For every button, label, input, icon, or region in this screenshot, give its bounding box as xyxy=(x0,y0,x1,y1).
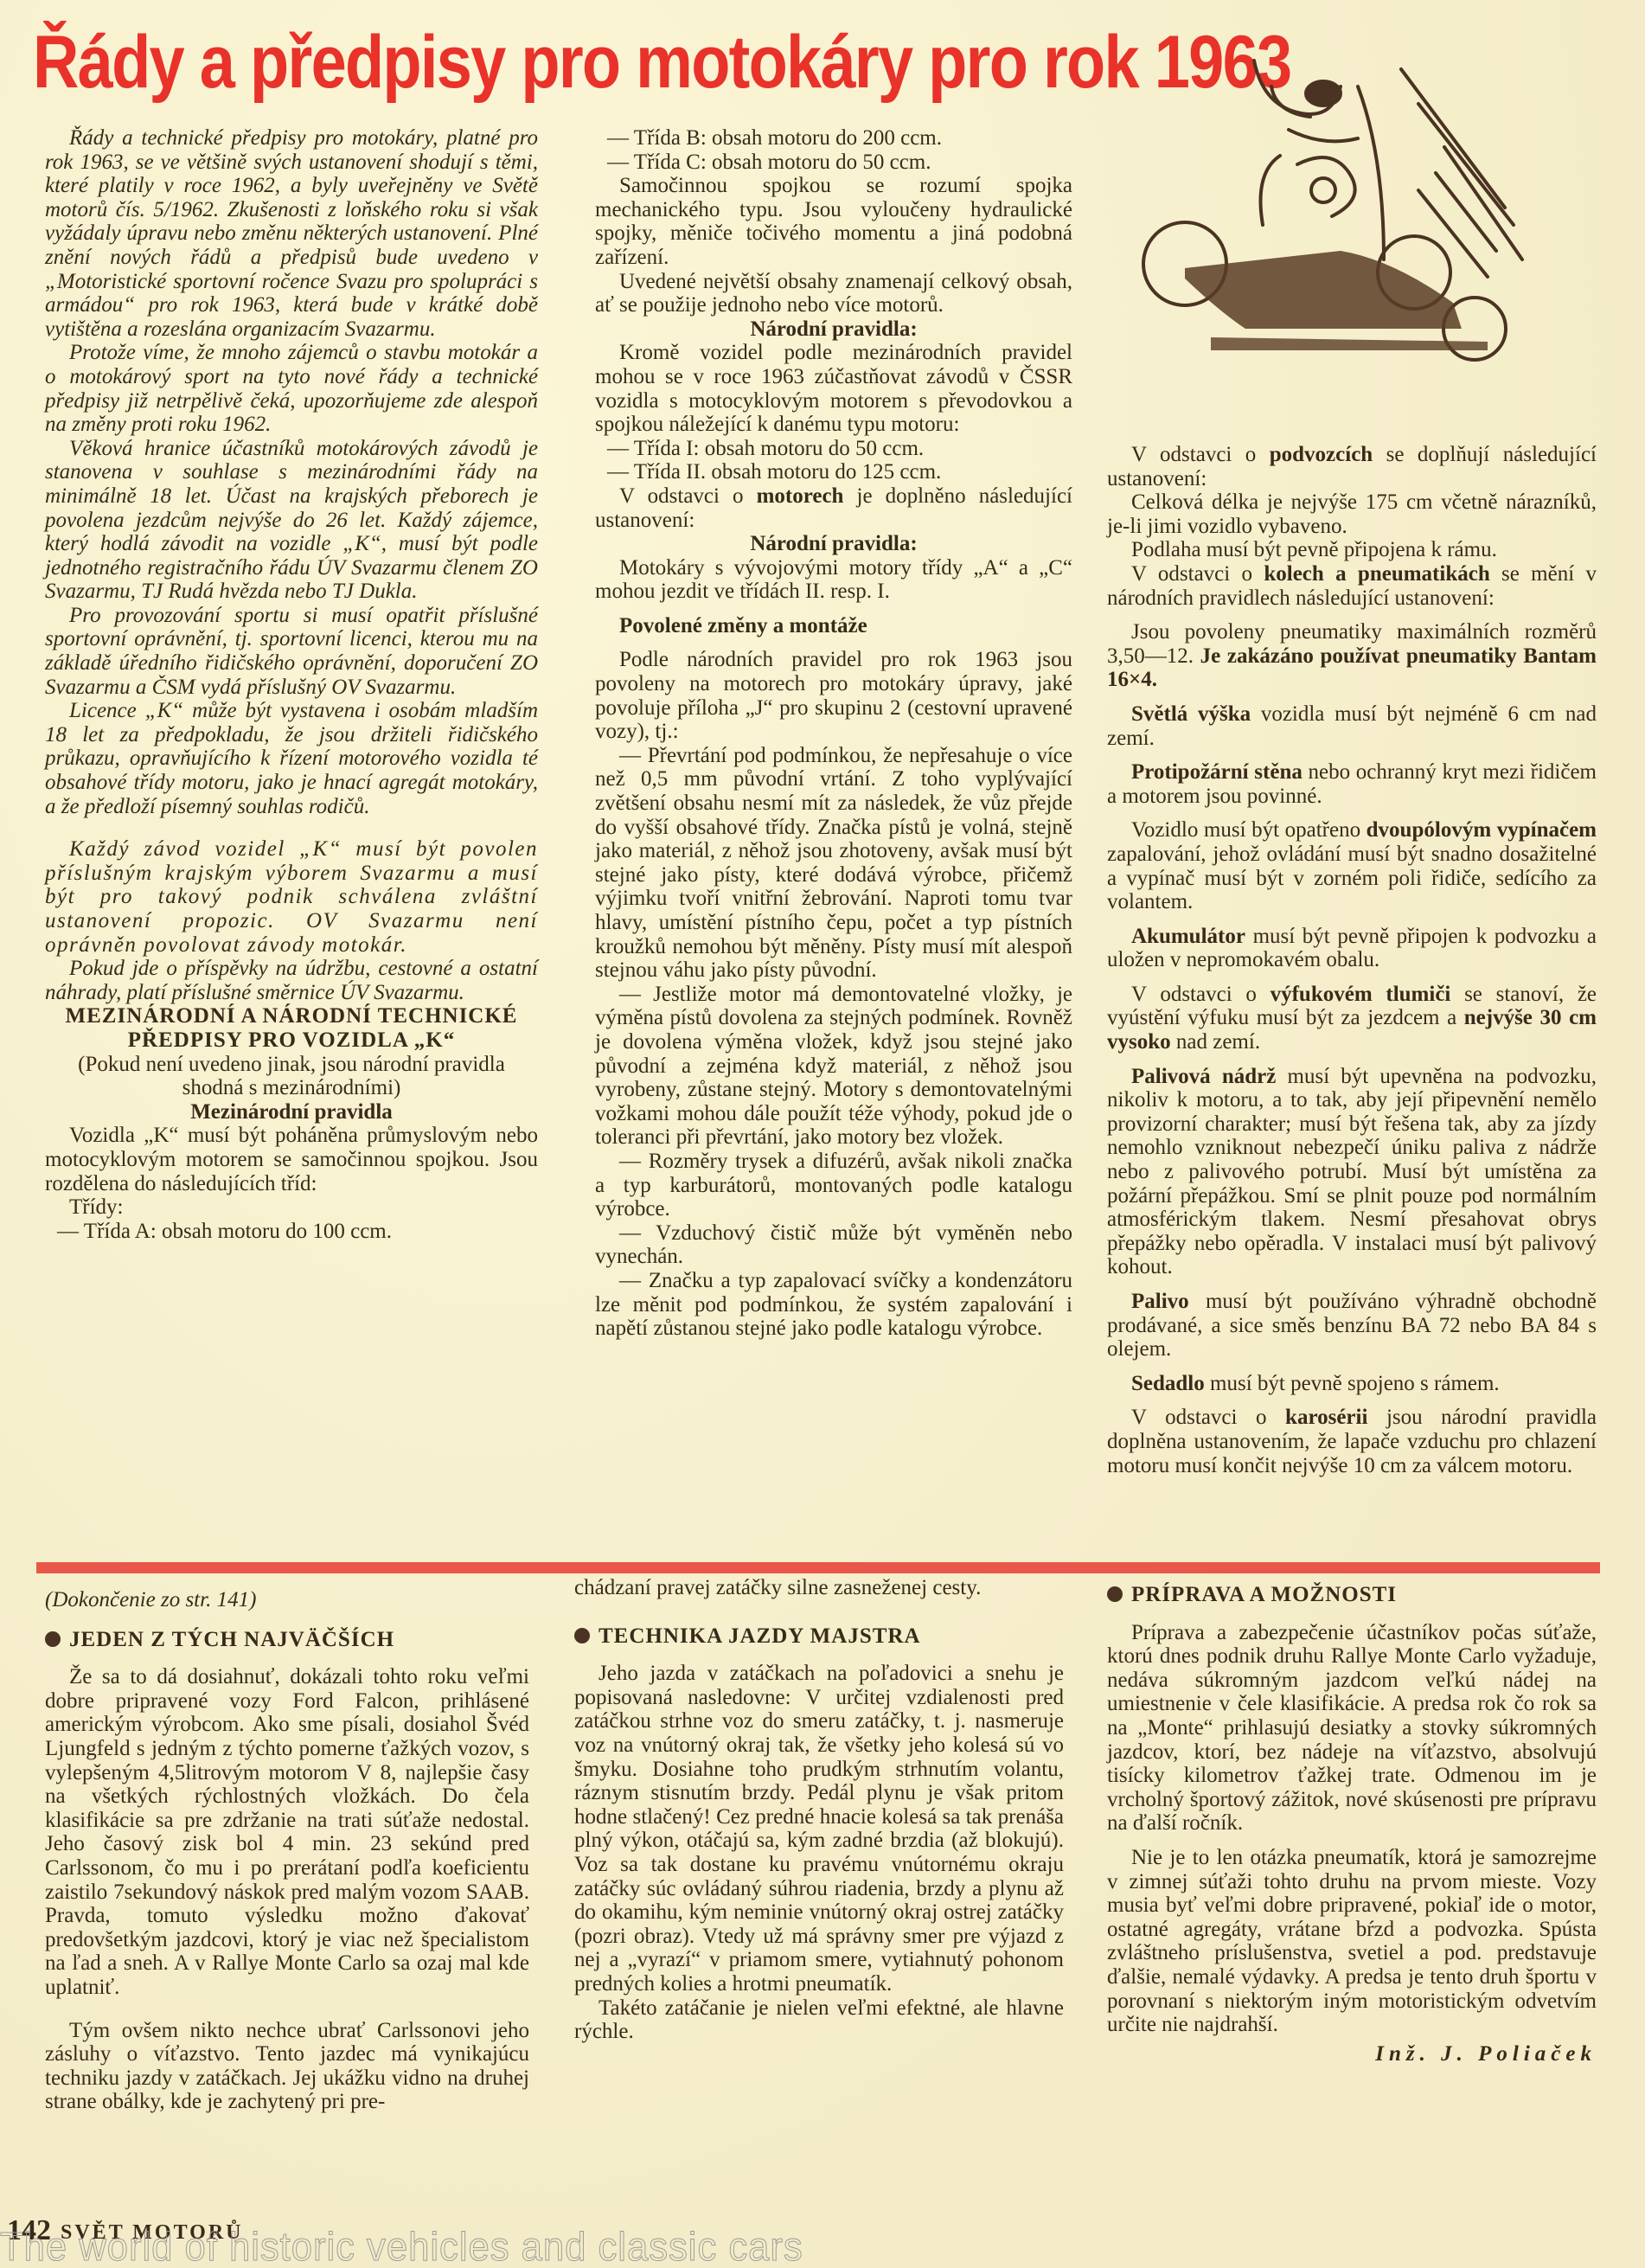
section-heading: MEZINÁRODNÍ A NÁRODNÍ TECHNICKÉ PŘEDPISY… xyxy=(45,1004,538,1052)
subheading: Národní pravidla: xyxy=(595,532,1072,556)
bullet-icon xyxy=(45,1631,61,1647)
paragraph: Motokáry s vývojovými motory třídy „A“ a… xyxy=(595,556,1072,604)
paragraph: Takéto zatáčanie je nielen veľmi efektné… xyxy=(574,1996,1064,2044)
section-heading: JEDEN Z TÝCH NAJVÄČŠÍCH xyxy=(45,1628,529,1652)
paragraph: Že sa to dá dosiahnuť, dokázali tohto ro… xyxy=(45,1665,529,1999)
bullet-icon xyxy=(574,1628,590,1643)
paragraph: Vozidlo musí být opatřeno dvoupólovým vy… xyxy=(1107,818,1597,913)
paragraph: V odstavci o motorech je doplněno násled… xyxy=(595,484,1072,532)
emphasis: Světlá výška xyxy=(1131,702,1251,726)
paragraph-spaced: Každý závod vozidel „K“ musí být povolen… xyxy=(45,837,538,957)
paragraph: Uvedené největší obsahy znamenají celkov… xyxy=(595,270,1072,317)
paragraph: Jeho jazda v zatáčkach na poľadovici a s… xyxy=(574,1662,1064,1996)
paragraph: V odstavci o výfukovém tlumiči se stanov… xyxy=(1107,983,1597,1054)
paragraph: Podlaha musí být pevně připojena k rámu. xyxy=(1107,538,1597,562)
paragraph: V odstavci o podvozcích se doplňují násl… xyxy=(1107,443,1597,490)
emphasis: Sedadlo xyxy=(1131,1372,1205,1395)
subheading-inline: Povolené změny a montáže xyxy=(595,614,1072,638)
paragraph: V odstavci o karosérii jsou národní prav… xyxy=(1107,1406,1597,1477)
author-signature: Inž. J. Poliaček xyxy=(1107,2042,1597,2066)
paragraph: Věková hranice účastníků motokárových zá… xyxy=(45,437,538,604)
paragraph: Řády a technické předpisy pro motokáry, … xyxy=(45,126,538,341)
text: V odstavci o xyxy=(1131,1406,1285,1429)
text: V odstavci o xyxy=(619,484,757,508)
paragraph: Tým ovšem nikto nechce ubrať Carlssonovi… xyxy=(45,2019,529,2114)
heading-text: TECHNIKA JAZDY MAJSTRA xyxy=(598,1624,921,1648)
paragraph: Světlá výška vozidla musí být nejméně 6 … xyxy=(1107,702,1597,750)
paragraph: Jsou povoleny pneumatiky maximálních roz… xyxy=(1107,620,1597,692)
class-item: — Třída II. obsah motoru do 125 ccm. xyxy=(595,460,1072,484)
emphasis: Protipožární stěna xyxy=(1131,760,1303,784)
heading-text: PRÍPRAVA A MOŽNOSTI xyxy=(1131,1583,1397,1606)
intro-italic-block: Řády a technické předpisy pro motokáry, … xyxy=(45,126,538,1004)
bottom-column-2: chádzaní pravej zatáčky silne zasneženej… xyxy=(574,1576,1064,2044)
subheading: Mezinárodní pravidla xyxy=(45,1100,538,1124)
emphasis: karosérii xyxy=(1285,1406,1367,1429)
paragraph: Podle národních pravidel pro rok 1963 js… xyxy=(595,648,1072,743)
paragraph: Príprava a zabezpečenie účastníkov počas… xyxy=(1107,1621,1597,1836)
watermark: The world of historic vehicles and class… xyxy=(0,2223,803,2268)
kart-driver-illustration xyxy=(1124,52,1609,398)
paragraph: — Jestliže motor má demontovatelné vložk… xyxy=(595,983,1072,1150)
emphasis: Palivová nádrž xyxy=(1131,1065,1276,1088)
paragraph: Palivová nádrž musí být upevněna na podv… xyxy=(1107,1065,1597,1279)
paragraph: chádzaní pravej zatáčky silne zasneženej… xyxy=(574,1576,1064,1600)
text: musí být upevněna na podvozku, nikoliv k… xyxy=(1107,1065,1597,1279)
class-item: — Třída A: obsah motoru do 100 ccm. xyxy=(45,1220,538,1244)
paragraph: Samočinnou spojkou se rozumí spojka mech… xyxy=(595,174,1072,269)
paragraph: Kromě vozidel podle mezinárodních pravid… xyxy=(595,341,1072,436)
emphasis: kolech a pneumatikách xyxy=(1264,562,1489,586)
section-divider-rule xyxy=(36,1562,1600,1573)
text: V odstavci o xyxy=(1131,562,1264,586)
heading-text: JEDEN Z TÝCH NAJVÄČŠÍCH xyxy=(69,1628,394,1651)
class-item: — Třída B: obsah motoru do 200 ccm. xyxy=(595,126,1072,151)
text: nad zemí. xyxy=(1171,1030,1260,1054)
text: musí být pevně spojeno s rámem. xyxy=(1205,1372,1500,1395)
text: V odstavci o xyxy=(1131,443,1270,466)
bottom-column-1: (Dokončenie zo str. 141) JEDEN Z TÝCH NA… xyxy=(45,1588,529,2114)
paragraph: Vozidla „K“ musí být poháněna průmyslový… xyxy=(45,1124,538,1195)
paragraph: — Převrtání pod podmínkou, že nepřesahuj… xyxy=(595,744,1072,983)
class-item: — Třída C: obsah motoru do 50 ccm. xyxy=(595,151,1072,175)
section-note: (Pokud není uvedeno jinak, jsou národní … xyxy=(45,1053,538,1100)
paragraph: V odstavci o kolech a pneumatikách se mě… xyxy=(1107,562,1597,610)
text: Vozidlo musí být opatřeno xyxy=(1131,818,1367,842)
section-heading: TECHNIKA JAZDY MAJSTRA xyxy=(574,1624,1064,1649)
bullet-icon xyxy=(1107,1586,1123,1602)
paragraph: Palivo musí být používáno výhradně obcho… xyxy=(1107,1290,1597,1361)
text: zapalování, jehož ovládání musí být snad… xyxy=(1107,842,1597,913)
emphasis: dvoupólovým vypínačem xyxy=(1367,818,1597,842)
emphasis: Palivo xyxy=(1131,1290,1189,1313)
emphasis: výfukovém tlumiči xyxy=(1271,983,1451,1006)
bottom-column-3: PRÍPRAVA A MOŽNOSTI Príprava a zabezpeče… xyxy=(1107,1583,1597,2066)
paragraph: Celková délka je nejvýše 175 cm včetně n… xyxy=(1107,490,1597,538)
paragraph: Protipožární stěna nebo ochranný kryt me… xyxy=(1107,760,1597,808)
paragraph: Licence „K“ může být vystavena i osobám … xyxy=(45,699,538,818)
text: V odstavci o xyxy=(1131,983,1271,1006)
emphasis: podvozcích xyxy=(1270,443,1373,466)
paragraph: Protože víme, že mnoho zájemců o stavbu … xyxy=(45,341,538,436)
class-item: — Třída I: obsah motoru do 50 ccm. xyxy=(595,437,1072,461)
column-1: Řády a technické předpisy pro motokáry, … xyxy=(45,126,538,1243)
emphasis: motorech xyxy=(757,484,844,508)
continuation-note: (Dokončenie zo str. 141) xyxy=(45,1588,529,1612)
paragraph: — Rozměry trysek a difuzérů, avšak nikol… xyxy=(595,1150,1072,1221)
subheading: Národní pravidla: xyxy=(595,317,1072,342)
column-3: V odstavci o podvozcích se doplňují násl… xyxy=(1107,443,1597,1477)
paragraph: — Vzduchový čistič může být vyměněn nebo… xyxy=(595,1221,1072,1269)
paragraph: Pro provozování sportu si musí opatřit p… xyxy=(45,604,538,699)
paragraph: Pokud jde o příspěvky na údržbu, cestovn… xyxy=(45,957,538,1004)
classes-label: Třídy: xyxy=(45,1195,538,1220)
page-title: Řády a předpisy pro motokáry pro rok 196… xyxy=(33,19,1290,106)
paragraph: — Značku a typ zapalovací svíčky a konde… xyxy=(595,1269,1072,1341)
paragraph: Nie je to len otázka pneumatík, ktorá je… xyxy=(1107,1846,1597,2037)
column-2: — Třída B: obsah motoru do 200 ccm. — Tř… xyxy=(595,126,1072,1341)
emphasis: Akumulátor xyxy=(1131,925,1245,948)
paragraph: Sedadlo musí být pevně spojeno s rámem. xyxy=(1107,1372,1597,1396)
section-heading: PRÍPRAVA A MOŽNOSTI xyxy=(1107,1583,1597,1607)
paragraph: Akumulátor musí být pevně připojen k pod… xyxy=(1107,925,1597,972)
